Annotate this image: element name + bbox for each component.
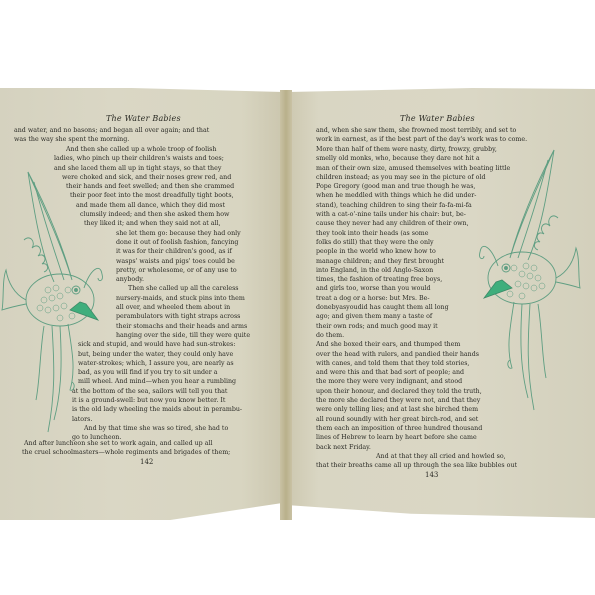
text-line: they took into their heads (as some bbox=[316, 229, 452, 238]
left-bottom-text: And after luncheon she set to work again… bbox=[24, 439, 262, 458]
text-line: pretty, or wholesome, or of any use to bbox=[116, 266, 262, 275]
text-line: wasps' waists and pigs' toes could be bbox=[116, 257, 262, 266]
text-line: them each an imposition of three hundred… bbox=[316, 424, 494, 433]
text-line: Then she called up all the careless bbox=[128, 284, 262, 293]
text-line: the cruel schoolmasters—whole regiments … bbox=[22, 448, 262, 457]
right-top-text: and, when she saw them, she frowned most… bbox=[316, 126, 570, 145]
text-line: all round soundly with her great birch-r… bbox=[316, 415, 494, 424]
text-line: nursery-maids, and stuck pins into them bbox=[116, 294, 262, 303]
text-line: times, the fashion of treating free boys… bbox=[316, 275, 452, 284]
text-line: do them. bbox=[316, 331, 452, 340]
text-line: back next Friday. bbox=[316, 443, 494, 452]
text-line: folks do still) that they were the only bbox=[316, 238, 452, 247]
left-page-number: 142 bbox=[140, 458, 153, 466]
text-line: ago; and given them many a taste of bbox=[316, 312, 452, 321]
text-line: And at that they all cried and howled so… bbox=[316, 452, 570, 461]
left-top-text: and water, and no basons; and began all … bbox=[14, 126, 260, 145]
text-line: over the head with rulers, and pandied t… bbox=[316, 350, 494, 359]
text-line: manage children; and they first brought bbox=[316, 257, 452, 266]
text-line: into England, in the old Anglo-Saxon bbox=[316, 266, 452, 275]
text-line: treat a dog or a horse: but Mrs. Be- bbox=[316, 294, 452, 303]
book-gutter bbox=[280, 90, 292, 520]
text-line: donebyasyoudid has caught them all long bbox=[316, 303, 452, 312]
text-line: hanging over the side, till they were qu… bbox=[116, 331, 262, 340]
right-bottom-text: And at that they all cried and howled so… bbox=[316, 452, 570, 471]
text-line: And by that time she was so tired, she h… bbox=[84, 424, 262, 433]
text-line: and water, and no basons; and began all … bbox=[14, 126, 260, 135]
text-line: their stomachs and their heads and arms bbox=[116, 322, 262, 331]
text-line: And then she called up a whole troop of … bbox=[66, 145, 262, 154]
right-page-number: 143 bbox=[425, 471, 438, 479]
text-line: work in earnest, as if the best part of … bbox=[316, 135, 570, 144]
text-line: she let them go: because they had only bbox=[116, 229, 262, 238]
text-line: And after luncheon she set to work again… bbox=[24, 439, 262, 448]
text-line: and girls too, worse than you would bbox=[316, 284, 452, 293]
text-line: And she boxed their ears, and thumped th… bbox=[316, 340, 494, 349]
text-line: ladies, who pinch up their children's wa… bbox=[54, 154, 262, 163]
text-line: with canes, and told them that they told… bbox=[316, 359, 494, 368]
text-line: the more they were very indignant, and s… bbox=[316, 377, 494, 386]
text-line: people in the world who knew how to bbox=[316, 247, 452, 256]
text-line: were only telling lies; and at last she … bbox=[316, 405, 494, 414]
text-line: perambulators with tight straps across bbox=[116, 312, 262, 321]
text-line: the more she declared they were not, and… bbox=[316, 396, 494, 405]
text-line: lines of Hebrew to learn by heart before… bbox=[316, 433, 494, 442]
fish-illustration-right-icon bbox=[472, 148, 582, 418]
right-running-head: The Water Babies bbox=[400, 114, 475, 123]
text-line: that their breaths came all up through t… bbox=[316, 461, 570, 470]
left-running-head: The Water Babies bbox=[106, 114, 181, 123]
text-line: it was for their children's good, as if bbox=[116, 247, 262, 256]
text-line: they liked it; and when they said not at… bbox=[84, 219, 262, 228]
text-line: anybody. bbox=[116, 275, 262, 284]
text-line: done it out of foolish fashion, fancying bbox=[116, 238, 262, 247]
text-line: their own rods; and much good may it bbox=[316, 322, 452, 331]
open-book: The Water Babies and water, and no bason… bbox=[0, 0, 595, 595]
text-line: and, when she saw them, she frowned most… bbox=[316, 126, 570, 135]
text-line: and were this and that bad sort of peopl… bbox=[316, 368, 494, 377]
fish-illustration-left-icon bbox=[0, 170, 110, 440]
text-line: all over, and wheeled them about in bbox=[116, 303, 262, 312]
text-line: was the way she spent the morning. bbox=[14, 135, 260, 144]
text-line: upon their honour, and declared they tol… bbox=[316, 387, 494, 396]
